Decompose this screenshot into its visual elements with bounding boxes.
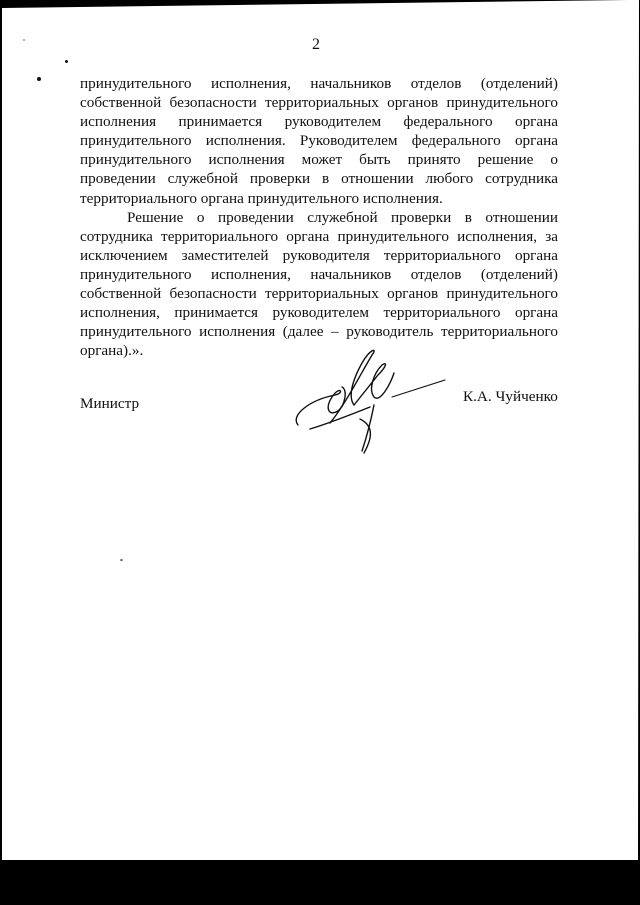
scan-speck [120, 559, 123, 561]
document-body: принудительного исполнения, начальников … [80, 74, 558, 360]
paragraph-1: принудительного исполнения, начальников … [80, 74, 558, 208]
document-page: 2 принудительного исполнения, начальнико… [0, 0, 640, 905]
paragraph-2: Решение о проведении служебной проверки … [80, 208, 558, 361]
scan-speck [65, 60, 68, 63]
handwritten-signature-icon [290, 345, 450, 455]
scan-border-bottom [0, 860, 640, 905]
scan-speck [37, 77, 41, 81]
scan-speck [23, 39, 25, 41]
page-number: 2 [312, 36, 320, 54]
signatory-title: Министр [80, 395, 139, 413]
signatory-name: К.А. Чуйченко [463, 388, 558, 406]
